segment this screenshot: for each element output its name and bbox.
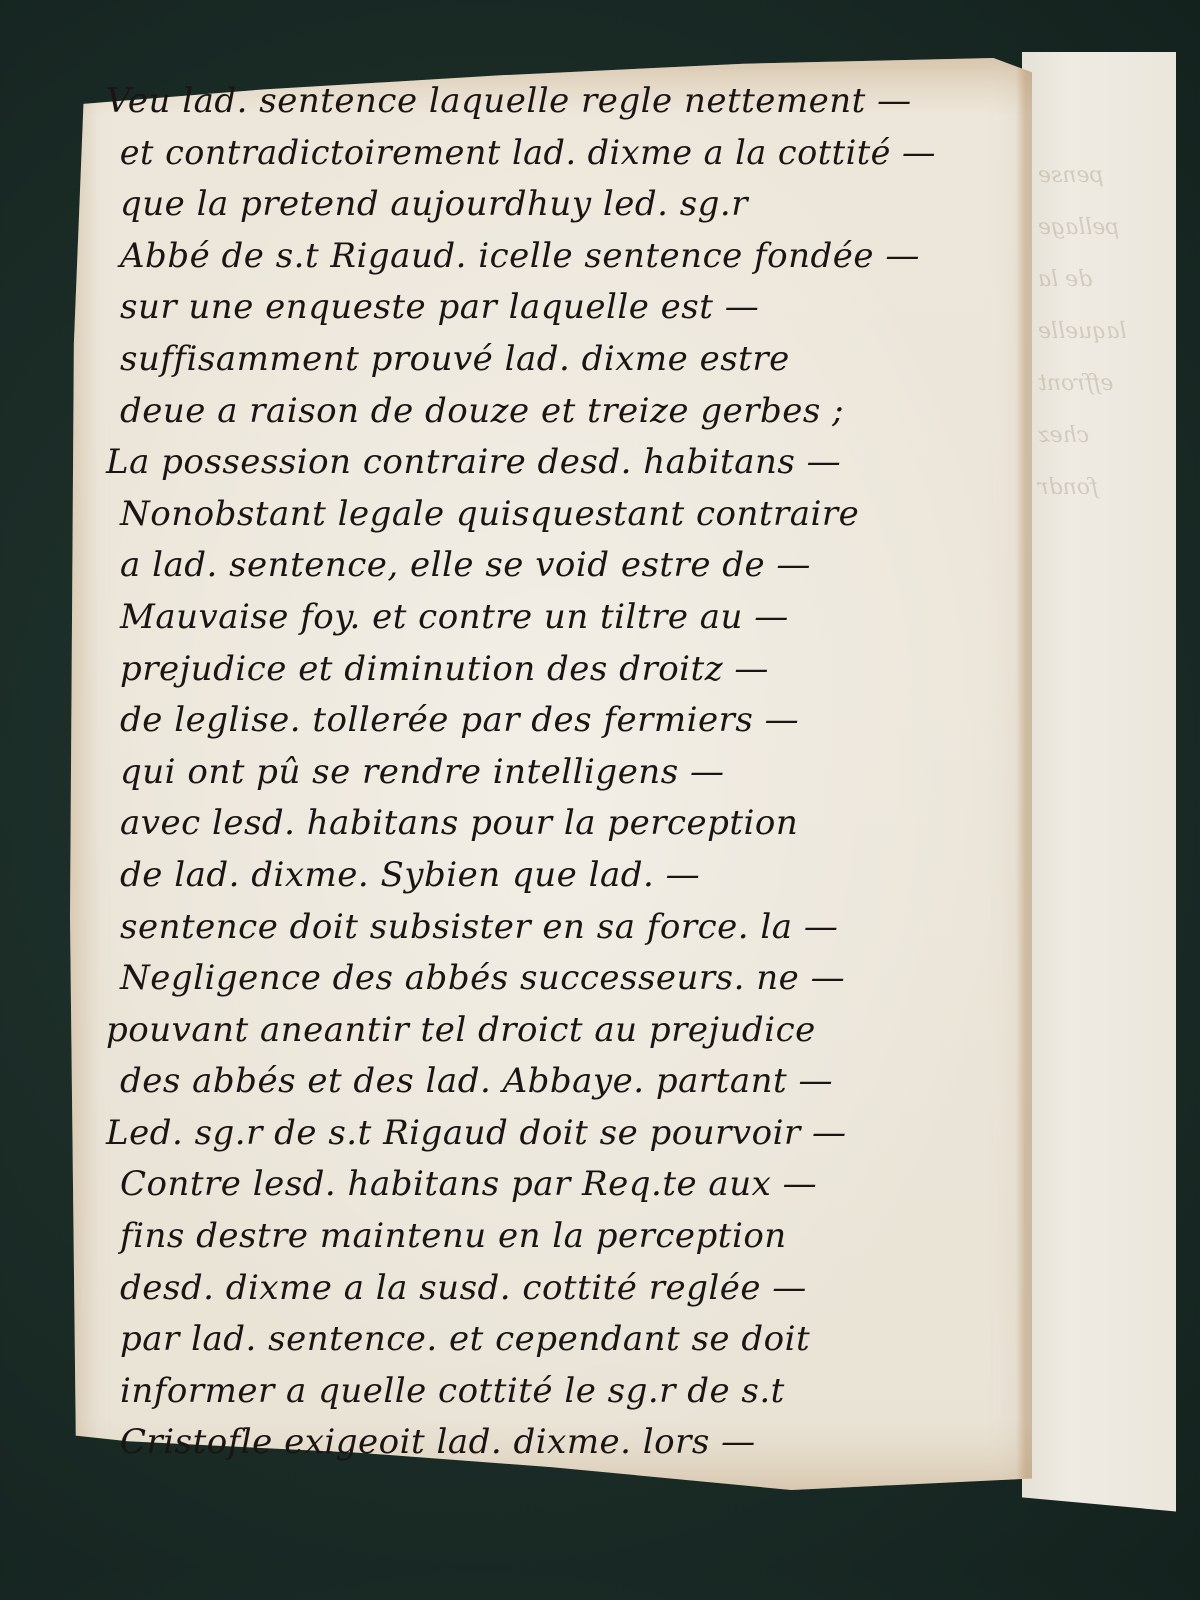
- text-line: Contre lesd. habitans par Req.te aux —: [106, 1159, 936, 1211]
- text-line: Nonobstant legale quisquestant contraire: [106, 489, 936, 541]
- text-line: sur une enqueste par laquelle est —: [106, 282, 936, 334]
- text-line: que la pretend aujourdhuy led. sg.r: [106, 179, 936, 231]
- manuscript-text: Veu lad. sentence laquelle regle netteme…: [106, 76, 936, 1469]
- text-line: qui ont pû se rendre intelligens —: [106, 747, 936, 799]
- text-line: Mauvaise foy. et contre un tiltre au —: [106, 592, 936, 644]
- binding-gutter: [1016, 58, 1032, 1490]
- text-line: Abbé de s.t Rigaud. icelle sentence fond…: [106, 231, 936, 283]
- text-line: La possession contraire desd. habitans —: [106, 437, 936, 489]
- text-line: suffisamment prouvé lad. dixme estre: [106, 334, 936, 386]
- text-line: des abbés et des lad. Abbaye. partant —: [106, 1056, 936, 1108]
- text-line: a lad. sentence, elle se void estre de —: [106, 540, 936, 592]
- text-line: informer a quelle cottité le sg.r de s.t: [106, 1366, 936, 1418]
- text-line: deue a raison de douze et treize gerbes …: [106, 386, 936, 438]
- text-line: et contradictoirement lad. dixme a la co…: [106, 128, 922, 180]
- text-line: avec lesd. habitans pour la perception: [106, 798, 936, 850]
- text-line: prejudice et diminution des droitz —: [106, 644, 936, 696]
- text-line: fins destre maintenu en la perception: [106, 1211, 936, 1263]
- text-line: desd. dixme a la susd. cottité reglée —: [106, 1263, 936, 1315]
- text-line: de lad. dixme. Sybien que lad. —: [106, 850, 936, 902]
- text-line: par lad. sentence. et cependant se doit: [106, 1314, 936, 1366]
- text-line: Cristofle exigeoit lad. dixme. lors —: [106, 1417, 936, 1469]
- text-line: sentence doit subsister en sa force. la …: [106, 902, 936, 954]
- text-line: Negligence des abbés successeurs. ne —: [106, 953, 936, 1005]
- text-line: pouvant aneantir tel droict au prejudice: [106, 1005, 936, 1057]
- text-line: Led. sg.r de s.t Rigaud doit se pourvoir…: [106, 1108, 936, 1160]
- facing-page: [1022, 52, 1176, 1512]
- text-line: de leglise. tollerée par des fermiers —: [106, 695, 936, 747]
- text-line: Veu lad. sentence laquelle regle netteme…: [106, 76, 936, 128]
